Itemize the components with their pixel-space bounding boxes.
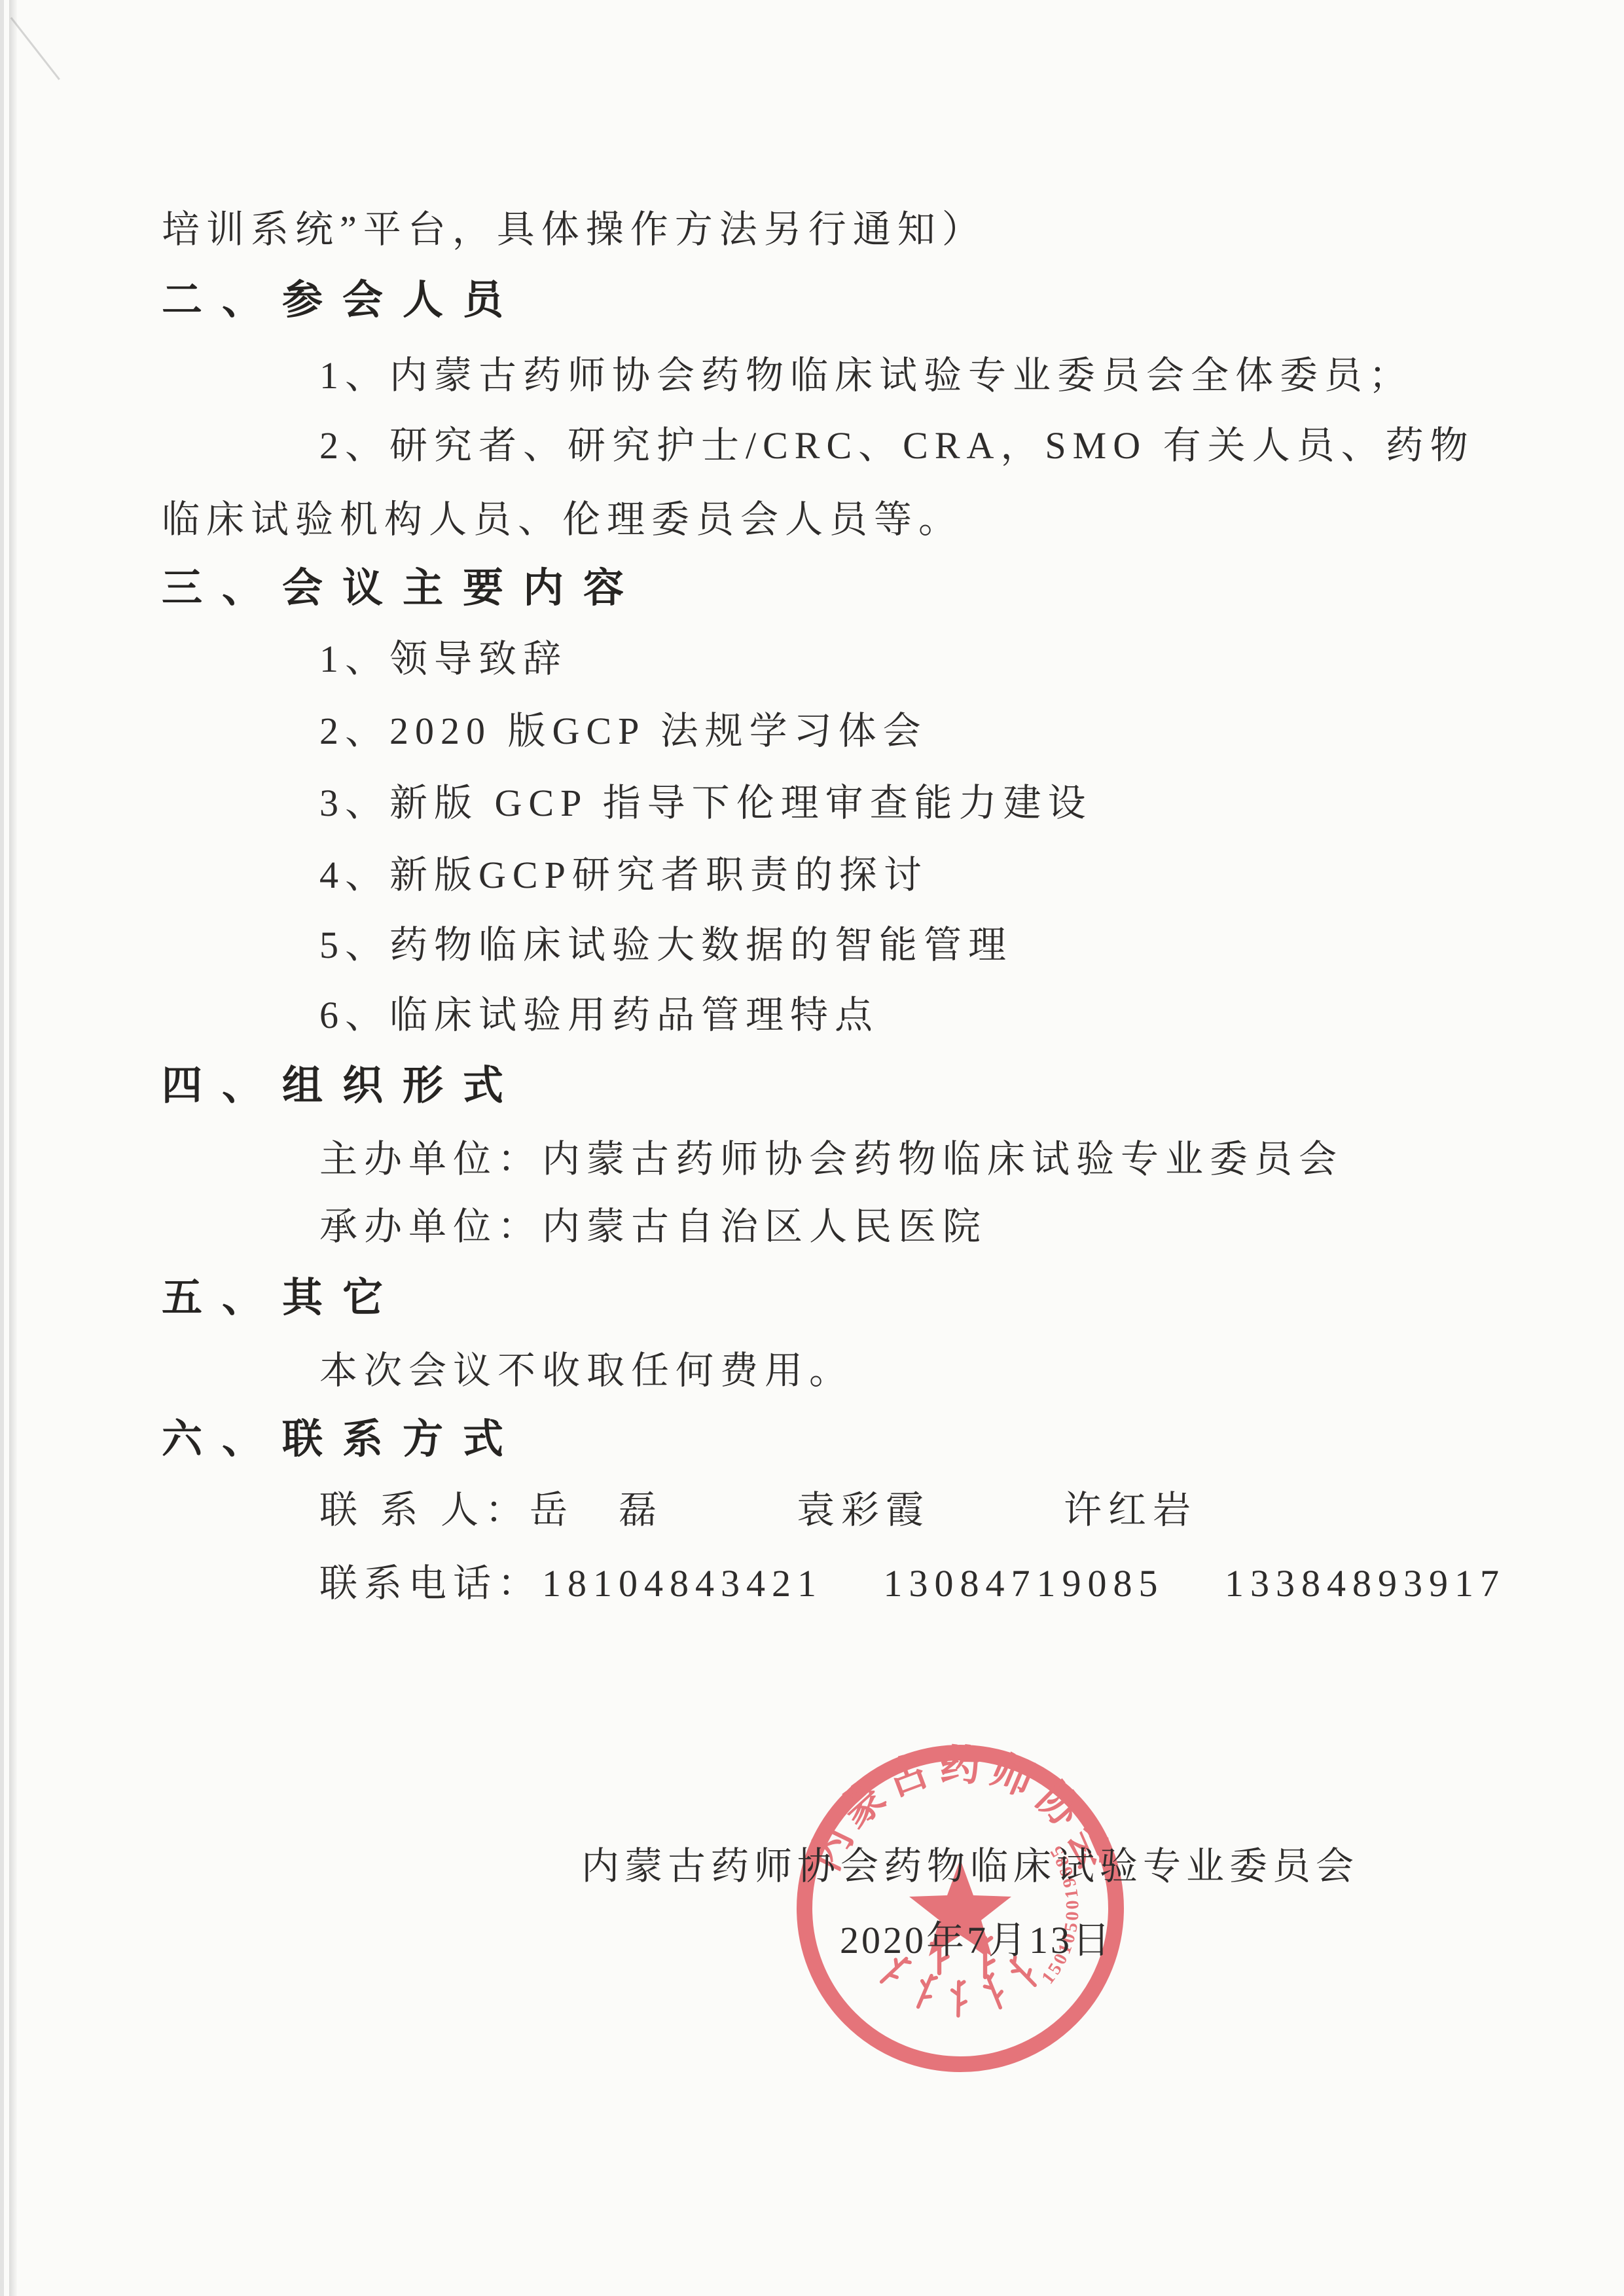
list-item: 5、药物临床试验大数据的智能管理 [319, 926, 1013, 964]
list-item: 2、2020 版GCP 法规学习体会 [319, 712, 928, 750]
paragraph-line: 培训系统”平台，具体操作方法另行通知） [162, 211, 986, 249]
scan-corner-artifact [10, 17, 60, 80]
section-heading-3: 三、会议主要内容 [162, 568, 643, 609]
document-page: 内蒙古药师协会 1501050019685 培训系统”平台，具体操作方法另行通知… [0, 0, 1624, 2296]
undertaker-line: 承办单位：内蒙古自治区人民医院 [319, 1208, 987, 1246]
scan-edge-artifact [0, 0, 4, 2296]
list-item: 6、临床试验用药品管理特点 [319, 996, 879, 1034]
official-seal: 内蒙古药师协会 1501050019685 [777, 1725, 1144, 2092]
signature-org: 内蒙古药师协会药物临床试验专业委员会 [581, 1848, 1359, 1886]
list-item: 2、研究者、研究护士/CRC、CRA，SMO 有关人员、药物 [319, 427, 1475, 465]
fee-note-line: 本次会议不收取任何费用。 [319, 1352, 854, 1390]
list-item: 1、内蒙古药师协会药物临床试验专业委员会全体委员； [319, 357, 1413, 395]
contact-phones-line: 联系电话：18104843421 13084719085 13384893917 [319, 1565, 1506, 1603]
contact-names-line: 联 系 人：岳 磊 袁彩霞 许红岩 [319, 1491, 1197, 1529]
section-heading-5: 五、其它 [162, 1278, 403, 1319]
list-item: 1、领导致辞 [319, 640, 568, 678]
paragraph-line: 临床试验机构人员、伦理委员会人员等。 [162, 501, 963, 539]
scan-edge-artifact [9, 0, 17, 2296]
organizer-line: 主办单位：内蒙古药师协会药物临床试验专业委员会 [319, 1140, 1343, 1178]
list-item: 3、新版 GCP 指导下伦理审查能力建设 [319, 784, 1092, 822]
list-item: 4、新版GCP研究者职责的探讨 [319, 856, 928, 894]
section-heading-4: 四、组织形式 [162, 1066, 523, 1106]
section-heading-2: 二、参会人员 [162, 280, 523, 321]
signature-date: 2020年7月13日 [840, 1922, 1113, 1959]
section-heading-6: 六、联系方式 [162, 1419, 523, 1460]
